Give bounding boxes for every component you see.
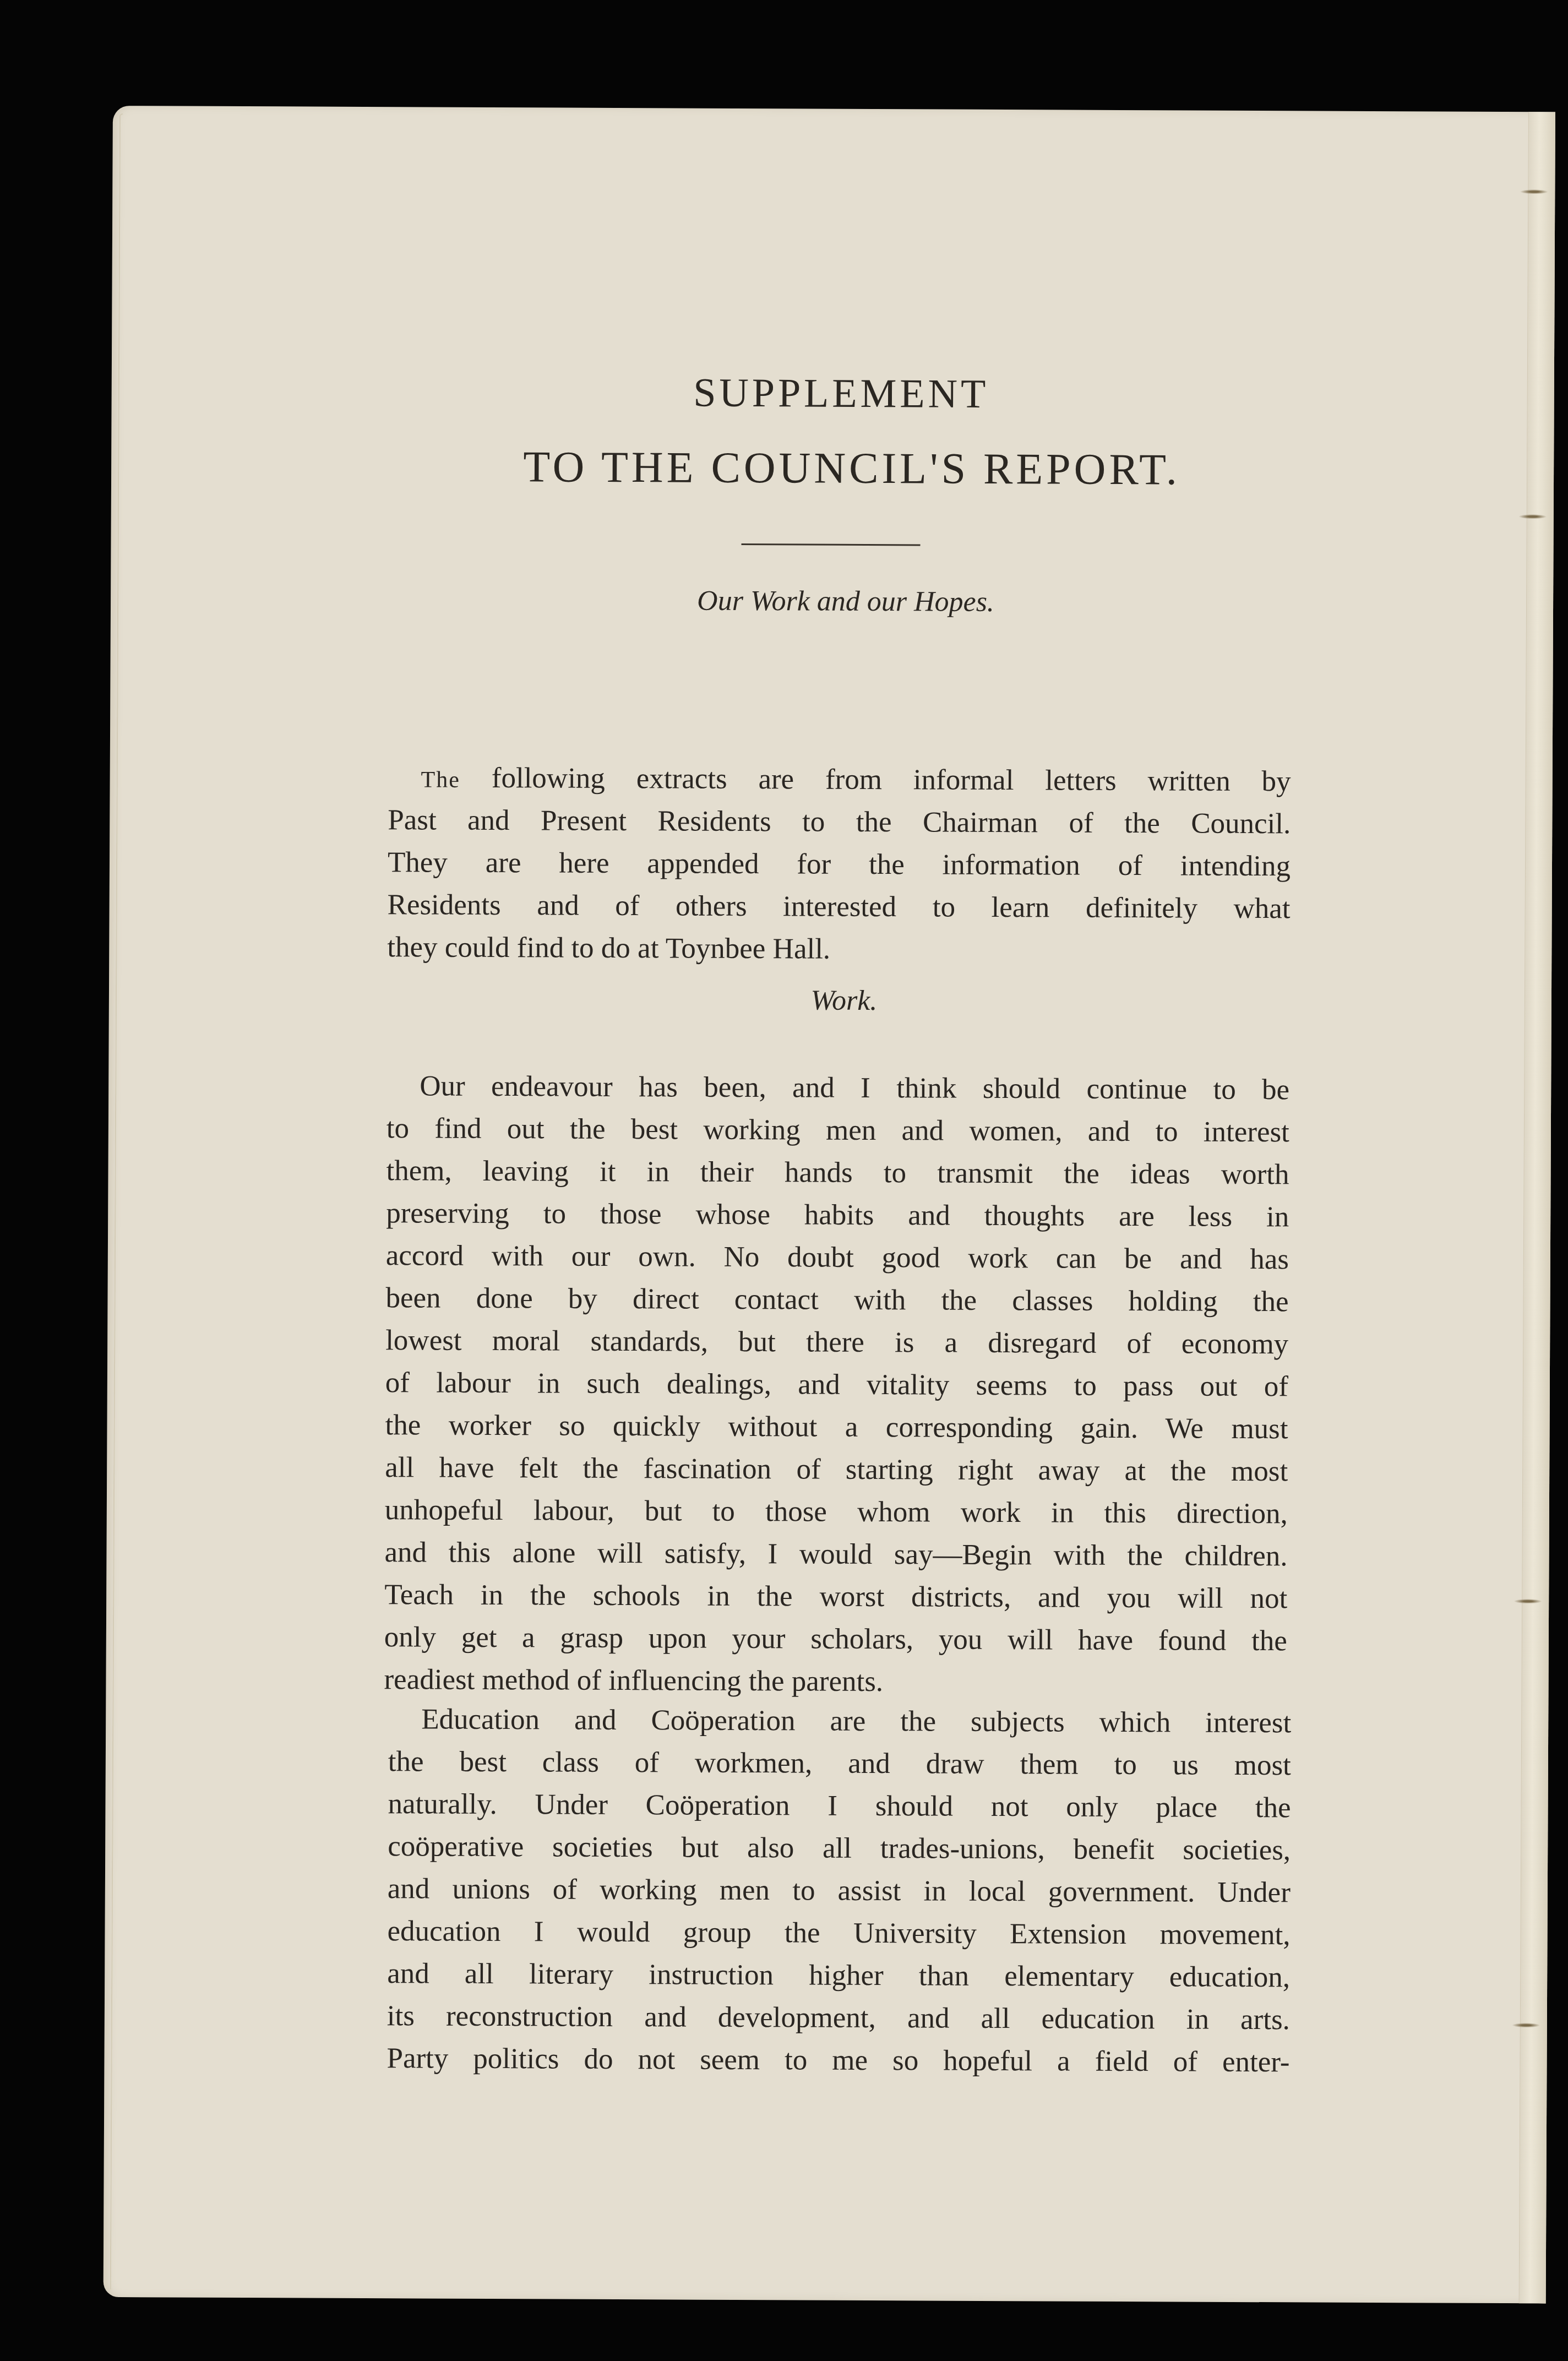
text-line: preserving to those whose habits and tho… — [386, 1192, 1289, 1238]
text-line: only get a grasp upon your scholars, you… — [384, 1616, 1287, 1662]
title-line-1: SUPPLEMENT — [390, 368, 1293, 419]
text-line: the worker so quickly without a correspo… — [385, 1404, 1288, 1450]
text-line: of labour in such dealings, and vitality… — [385, 1362, 1288, 1408]
binding-stitch — [1511, 1598, 1544, 1604]
page-gutter — [1519, 112, 1555, 2303]
subheading: Our Work and our Hopes. — [394, 583, 1297, 619]
paragraph-1: Our endeavour has been, and I think shou… — [384, 1065, 1289, 1705]
intro-paragraph: The following extracts are from informal… — [387, 757, 1291, 972]
text-line: Residents and of others interested to le… — [388, 884, 1291, 930]
text-line: They are here appended for the informati… — [388, 841, 1291, 888]
text-line: Teach in the schools in the worst distri… — [384, 1574, 1287, 1620]
text-line: naturally. Under Coöperation I should no… — [388, 1783, 1291, 1829]
text-line: its reconstruction and development, and … — [387, 1995, 1290, 2041]
binding-stitch — [1517, 189, 1550, 194]
text-line: coöperative societies but also all trade… — [388, 1825, 1291, 1872]
text-line: to find out the best working men and wom… — [386, 1107, 1289, 1154]
text-line: Past and Present Residents to the Chairm… — [388, 799, 1291, 845]
text-line: and this alone will satisfy, I would say… — [384, 1531, 1287, 1577]
text-block: SUPPLEMENT TO THE COUNCIL'S REPORT. Our … — [391, 107, 1294, 111]
text-line: them, leaving it in their hands to trans… — [386, 1150, 1289, 1196]
text-line: and all literary instruction higher than… — [387, 1952, 1290, 1999]
text-line: Education and Coöperation are the subjec… — [388, 1698, 1291, 1744]
text-line: accord with our own. No doubt good work … — [386, 1234, 1289, 1281]
text-line: been done by direct contact with the cla… — [385, 1277, 1288, 1323]
paragraph-2: Education and Coöperation are the subjec… — [386, 1698, 1291, 2083]
text-line: Party politics do not seem to me so hope… — [386, 2037, 1289, 2083]
section-heading: Work. — [393, 982, 1295, 1019]
binding-stitch — [1516, 514, 1549, 519]
text-line: Our endeavour has been, and I think shou… — [386, 1065, 1289, 1111]
text-fragment: following extracts are from informal let… — [460, 762, 1291, 798]
binding-stitch — [1510, 2022, 1543, 2028]
text-line: unhopeful labour, but to those whom work… — [385, 1489, 1288, 1535]
text-line: education I would group the University E… — [387, 1910, 1290, 1956]
text-line: The following extracts are from informal… — [388, 757, 1291, 803]
title-line-2: TO THE COUNCIL'S REPORT. — [400, 442, 1303, 496]
text-line: all have felt the fascination of startin… — [385, 1446, 1288, 1493]
title-divider — [742, 543, 921, 546]
text-line: lowest moral standards, but there is a d… — [385, 1319, 1288, 1366]
text-line: they could find to do at Toynbee Hall. — [387, 926, 1290, 972]
text-line: readiest method of influencing the paren… — [384, 1658, 1287, 1705]
small-caps-word: The — [421, 767, 460, 792]
text-line: and unions of working men to assist in l… — [388, 1868, 1291, 1914]
text-line: the best class of workmen, and draw them… — [388, 1740, 1291, 1787]
book-page: SUPPLEMENT TO THE COUNCIL'S REPORT. Our … — [104, 106, 1555, 2303]
